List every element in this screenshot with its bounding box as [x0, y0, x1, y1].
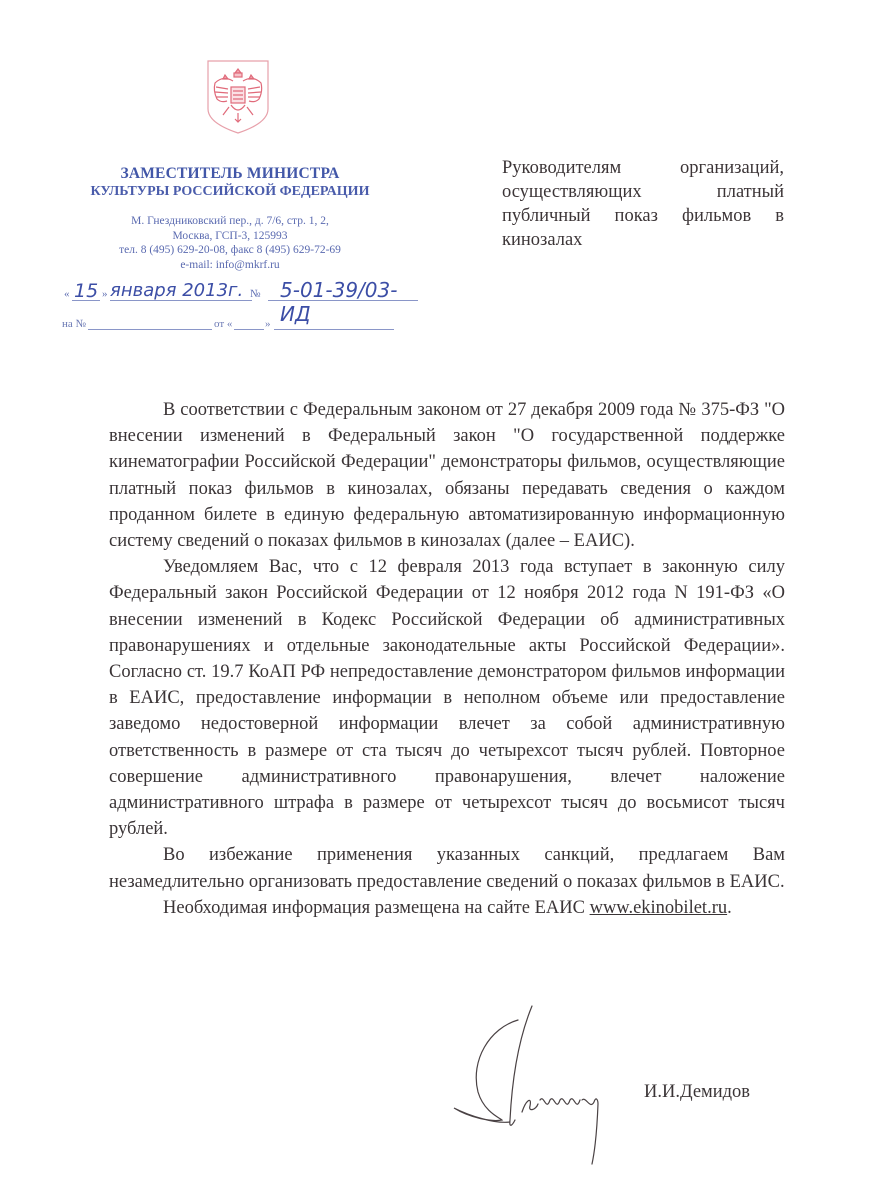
letter-body: В соответствии с Федеральным законом от … [109, 397, 785, 921]
email: e-mail: info@mkrf.ru [60, 258, 400, 273]
ref-close-quote: » [265, 318, 271, 330]
registration-line: « 15 » января 2013г. № 5-01-39/03-ИД [62, 280, 422, 304]
addressee-line: публичный показ фильмов в [502, 204, 784, 228]
address-city: Москва, ГСП-3, 125993 [60, 229, 400, 244]
reference-line: на № от « » [62, 316, 422, 334]
letterhead: ЗАМЕСТИТЕЛЬ МИНИСТРА КУЛЬТУРЫ РОССИЙСКОЙ… [60, 164, 400, 272]
ref-number-label: на № [62, 318, 86, 330]
website-link[interactable]: www.ekinobilet.ru [590, 898, 728, 918]
ref-number-field [88, 329, 212, 330]
letterhead-title: ЗАМЕСТИТЕЛЬ МИНИСТРА [60, 164, 400, 183]
body-paragraph: Уведомляем Вас, что с 12 февраля 2013 го… [109, 554, 785, 842]
ref-from-label: от « [214, 318, 232, 330]
addressee-line: осуществляющих платный [502, 180, 784, 204]
handwritten-month-year: января 2013г. [110, 280, 243, 301]
period: . [727, 898, 732, 918]
body-paragraph: Во избежание применения указанных санкци… [109, 842, 785, 894]
coat-of-arms-emblem-icon [203, 57, 273, 135]
phone-fax: тел. 8 (495) 629-20-08, факс 8 (495) 629… [60, 243, 400, 258]
addressee-line: кинозалах [502, 228, 784, 252]
addressee-block: Руководителям организаций, осуществляющи… [502, 156, 784, 252]
ref-date-field [274, 329, 394, 330]
body-paragraph: В соответствии с Федеральным законом от … [109, 397, 785, 554]
handwritten-day: 15 [74, 280, 98, 302]
ref-day-field [234, 329, 264, 330]
letterhead-subtitle: КУЛЬТУРЫ РОССИЙСКОЙ ФЕДЕРАЦИИ [60, 183, 400, 200]
body-paragraph-website: Необходимая информация размещена на сайт… [109, 895, 785, 921]
address-line: М. Гнездниковский пер., д. 7/6, стр. 1, … [60, 214, 400, 229]
number-label: № [250, 288, 261, 300]
open-quote: « [64, 288, 70, 300]
handwritten-signature-icon [440, 1000, 630, 1165]
close-quote: » [102, 288, 108, 300]
website-intro-text: Необходимая информация размещена на сайт… [163, 898, 590, 918]
addressee-line: Руководителям организаций, [502, 156, 784, 180]
signer-name: И.И.Демидов [644, 1082, 750, 1103]
letterhead-address: М. Гнездниковский пер., д. 7/6, стр. 1, … [60, 214, 400, 272]
